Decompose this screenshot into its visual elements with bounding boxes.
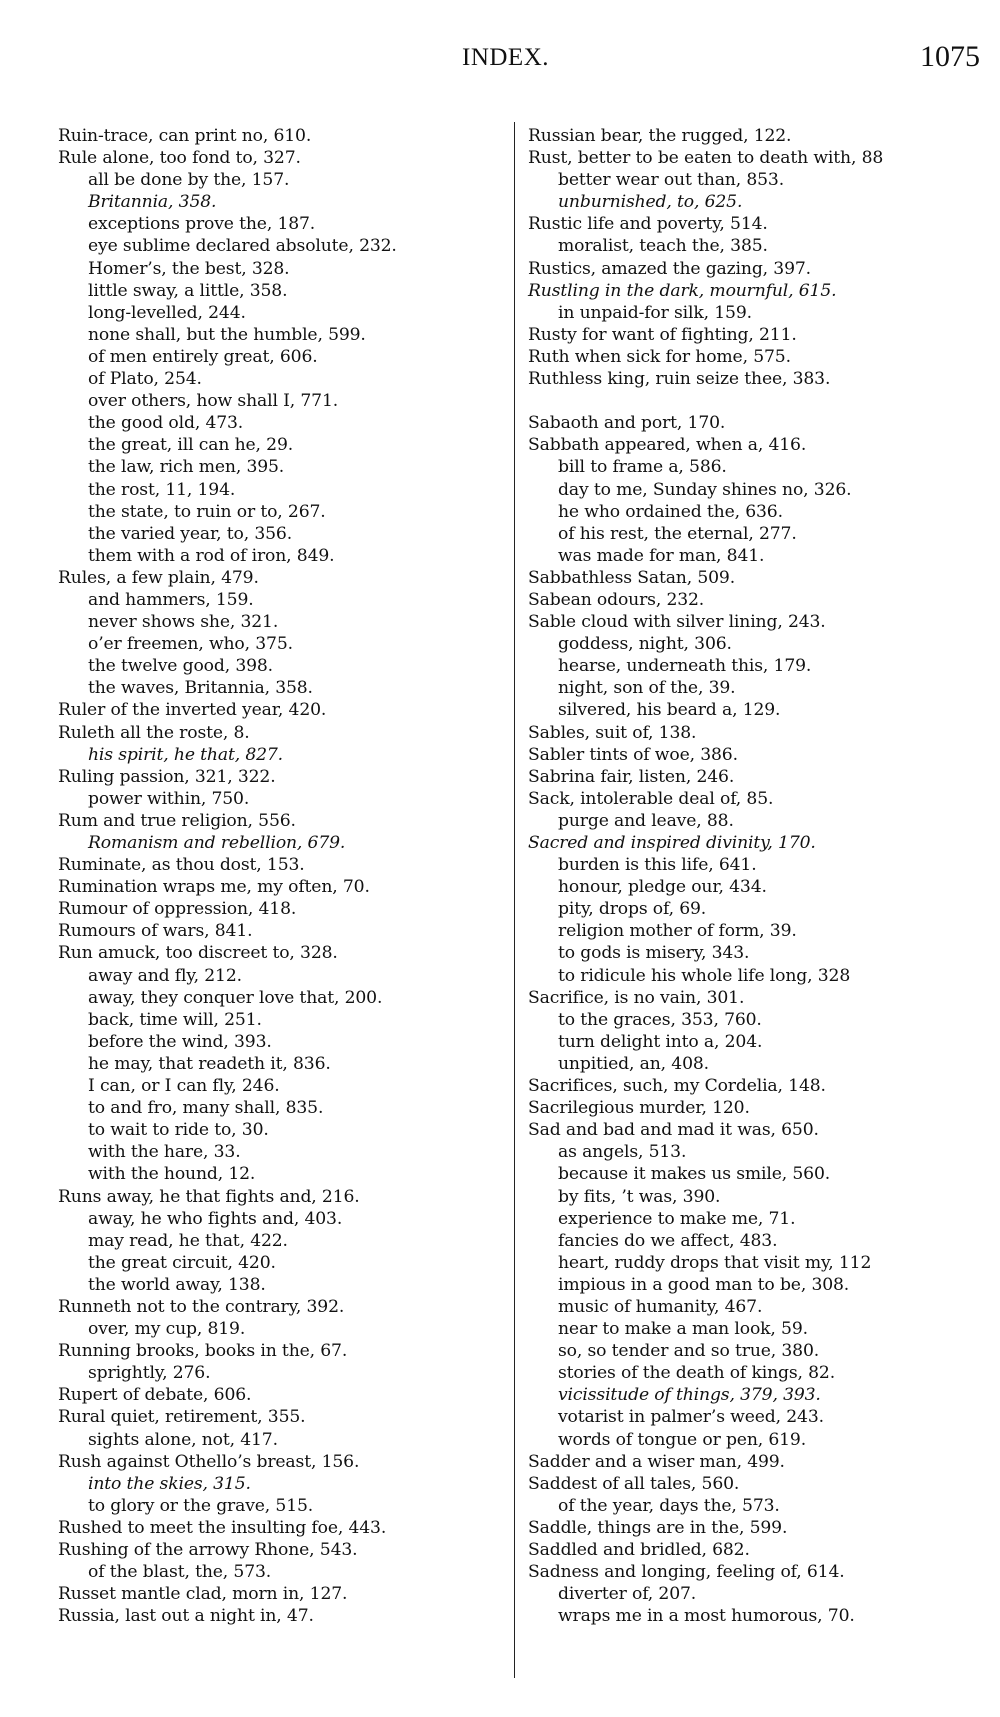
index-entry-text: Rule alone, too fond to, 327. <box>58 148 301 168</box>
index-entry-text: words of tongue or pen, 619. <box>558 1430 806 1450</box>
index-entry: Ruler of the inverted year, 420. <box>58 699 508 721</box>
index-entry-text: purge and leave, 88. <box>558 811 734 831</box>
index-entry-text: as angels, 513. <box>558 1142 686 1162</box>
index-entry-text: Saddle, things are in the, 599. <box>528 1518 787 1538</box>
index-subentry: the great circuit, 420. <box>58 1252 508 1274</box>
index-entry: Run amuck, too discreet to, 328. <box>58 942 508 964</box>
index-entry-text: because it makes us smile, 560. <box>558 1164 830 1184</box>
index-subentry: stories of the death of kings, 82. <box>528 1362 988 1384</box>
index-entry-text: Sabbath appeared, when a, 416. <box>528 435 806 455</box>
index-entry-text: silvered, his beard a, 129. <box>558 700 780 720</box>
index-entry-text: goddess, night, 306. <box>558 634 732 654</box>
index-subentry: little sway, a little, 358. <box>58 280 508 302</box>
index-subentry: of men entirely great, 606. <box>58 346 508 368</box>
index-entry-text: to the graces, 353, 760. <box>558 1010 762 1030</box>
index-entry-text: Sadder and a wiser man, 499. <box>528 1452 785 1472</box>
index-subentry: with the hound, 12. <box>58 1163 508 1185</box>
index-entry-text: Ruin-trace, can print no, 610. <box>58 126 311 146</box>
index-entry-text: Sack, intolerable deal of, 85. <box>528 789 773 809</box>
index-subentry: the good old, 473. <box>58 412 508 434</box>
index-entry: Sacred and inspired divinity, 170. <box>528 832 988 854</box>
index-entry: Sabbath appeared, when a, 416. <box>528 434 988 456</box>
page-header: INDEX. 1075 <box>0 44 1000 84</box>
index-entry-text: Russet mantle clad, morn in, 127. <box>58 1584 347 1604</box>
index-entry: Sacrifices, such, my Cordelia, 148. <box>528 1075 988 1097</box>
index-entry: Sabbathless Satan, 509. <box>528 567 988 589</box>
index-subentry: pity, drops of, 69. <box>528 898 988 920</box>
index-entry: Sadness and longing, feeling of, 614. <box>528 1561 988 1583</box>
index-entry-text: over, my cup, 819. <box>88 1319 245 1339</box>
index-subentry: in unpaid-for silk, 159. <box>528 302 988 324</box>
index-entry-text: Sadness and longing, feeling of, 614. <box>528 1562 845 1582</box>
index-entry-text: the twelve good, 398. <box>88 656 273 676</box>
index-entry-text: votarist in palmer’s weed, 243. <box>558 1407 824 1427</box>
index-entry: Saddle, things are in the, 599. <box>528 1517 988 1539</box>
index-entry-text: the law, rich men, 395. <box>88 457 284 477</box>
index-subentry: unpitied, an, 408. <box>528 1053 988 1075</box>
index-entry-text: Homer’s, the best, 328. <box>88 259 290 279</box>
index-entry: Sacrifice, is no vain, 301. <box>528 987 988 1009</box>
index-subentry: the twelve good, 398. <box>58 655 508 677</box>
index-entry-text: to gods is misery, 343. <box>558 943 749 963</box>
index-subentry: them with a rod of iron, 849. <box>58 545 508 567</box>
index-subentry: goddess, night, 306. <box>528 633 988 655</box>
index-entry-text: Britannia, 358. <box>88 192 216 212</box>
index-subentry: to wait to ride to, 30. <box>58 1119 508 1141</box>
index-subentry: purge and leave, 88. <box>528 810 988 832</box>
index-entry: Sables, suit of, 138. <box>528 722 988 744</box>
index-entry-text: fancies do we affect, 483. <box>558 1231 777 1251</box>
index-entry: Saddest of all tales, 560. <box>528 1473 988 1495</box>
index-entry: Rustics, amazed the gazing, 397. <box>528 258 988 280</box>
index-entry-text: heart, ruddy drops that visit my, 112 <box>558 1253 871 1273</box>
index-entry-text: the waves, Britannia, 358. <box>88 678 313 698</box>
index-entry: Rust, better to be eaten to death with, … <box>528 147 988 169</box>
index-entry-text: Sabbathless Satan, 509. <box>528 568 735 588</box>
index-entry: Running brooks, books in the, 67. <box>58 1340 508 1362</box>
index-subentry: he who ordained the, 636. <box>528 501 988 523</box>
index-subentry: Romanism and rebellion, 679. <box>58 832 508 854</box>
index-entry: Rules, a few plain, 479. <box>58 567 508 589</box>
index-subentry: as angels, 513. <box>528 1141 988 1163</box>
index-entry: Ruth when sick for home, 575. <box>528 346 988 368</box>
index-subentry: the waves, Britannia, 358. <box>58 677 508 699</box>
index-entry-text: the great, ill can he, 29. <box>88 435 293 455</box>
index-entry: Rumour of oppression, 418. <box>58 898 508 920</box>
index-entry-text: little sway, a little, 358. <box>88 281 287 301</box>
index-entry-text: Sad and bad and mad it was, 650. <box>528 1120 819 1140</box>
index-entry-text: Sable cloud with silver lining, 243. <box>528 612 826 632</box>
index-entry-text: Romanism and rebellion, 679. <box>88 833 345 853</box>
index-entry-text: away and fly, 212. <box>88 966 242 986</box>
index-entry: Sabrina fair, listen, 246. <box>528 766 988 788</box>
index-subentry: so, so tender and so true, 380. <box>528 1340 988 1362</box>
index-entry-text: Saddest of all tales, 560. <box>528 1474 739 1494</box>
index-subentry: all be done by the, 157. <box>58 169 508 191</box>
index-entry-text: Russian bear, the rugged, 122. <box>528 126 791 146</box>
index-entry-text: back, time will, 251. <box>88 1010 262 1030</box>
index-subentry: back, time will, 251. <box>58 1009 508 1031</box>
index-subentry: his spirit, he that, 827. <box>58 744 508 766</box>
index-entry-text: of men entirely great, 606. <box>88 347 318 367</box>
index-entry-text: better wear out than, 853. <box>558 170 784 190</box>
index-subentry: away, they conquer love that, 200. <box>58 987 508 1009</box>
index-subentry: I can, or I can fly, 246. <box>58 1075 508 1097</box>
index-entry-text: day to me, Sunday shines no, 326. <box>558 480 851 500</box>
index-entry-text: away, he who fights and, 403. <box>88 1209 342 1229</box>
index-subentry: before the wind, 393. <box>58 1031 508 1053</box>
index-entry-text: Rush against Othello’s breast, 156. <box>58 1452 359 1472</box>
index-subentry: to the graces, 353, 760. <box>528 1009 988 1031</box>
index-entry-text: night, son of the, 39. <box>558 678 735 698</box>
index-entry-text: into the skies, 315. <box>88 1474 251 1494</box>
index-subentry: over, my cup, 819. <box>58 1318 508 1340</box>
index-subentry: near to make a man look, 59. <box>528 1318 988 1340</box>
index-subentry: unburnished, to, 625. <box>528 191 988 213</box>
index-entry-text: Russia, last out a night in, 47. <box>58 1606 314 1626</box>
index-entry-text: Sabean odours, 232. <box>528 590 704 610</box>
index-subentry: better wear out than, 853. <box>528 169 988 191</box>
index-entry-text: Sabler tints of woe, 386. <box>528 745 738 765</box>
index-entry-text: Sables, suit of, 138. <box>528 723 696 743</box>
index-entry-text: Ruth when sick for home, 575. <box>528 347 791 367</box>
index-subentry: to ridicule his whole life long, 328 <box>528 965 988 987</box>
index-entry-text: to ridicule his whole life long, 328 <box>558 966 850 986</box>
index-entry-text: of Plato, 254. <box>88 369 202 389</box>
index-entry-text: away, they conquer love that, 200. <box>88 988 382 1008</box>
index-entry: Rush against Othello’s breast, 156. <box>58 1451 508 1473</box>
index-subentry: religion mother of form, 39. <box>528 920 988 942</box>
index-entry-text: Sacrifices, such, my Cordelia, 148. <box>528 1076 826 1096</box>
index-subentry: sights alone, not, 417. <box>58 1429 508 1451</box>
index-subentry: by fits, ’t was, 390. <box>528 1186 988 1208</box>
index-subentry: never shows she, 321. <box>58 611 508 633</box>
index-entry-text: sprightly, 276. <box>88 1363 210 1383</box>
index-entry-text: turn delight into a, 204. <box>558 1032 762 1052</box>
index-subentry: burden is this life, 641. <box>528 854 988 876</box>
index-entry: Sabler tints of woe, 386. <box>528 744 988 766</box>
index-entry-text: he may, that readeth it, 836. <box>88 1054 331 1074</box>
index-entry: Rushed to meet the insulting foe, 443. <box>58 1517 508 1539</box>
index-entry-text: the rost, 11, 194. <box>88 480 235 500</box>
index-entry: Rustic life and poverty, 514. <box>528 213 988 235</box>
index-subentry: of the year, days the, 573. <box>528 1495 988 1517</box>
index-entry-text: was made for man, 841. <box>558 546 764 566</box>
index-entry-text: near to make a man look, 59. <box>558 1319 808 1339</box>
index-subentry: music of humanity, 467. <box>528 1296 988 1318</box>
index-entry-text: honour, pledge our, 434. <box>558 877 767 897</box>
index-entry-text: exceptions prove the, 187. <box>88 214 315 234</box>
index-entry: Sad and bad and mad it was, 650. <box>528 1119 988 1141</box>
index-entry-text: burden is this life, 641. <box>558 855 757 875</box>
index-entry: Ruleth all the roste, 8. <box>58 722 508 744</box>
index-entry-text: sights alone, not, 417. <box>88 1430 278 1450</box>
index-entry-text: wraps me in a most humorous, 70. <box>558 1606 855 1626</box>
index-entry-text: eye sublime declared absolute, 232. <box>88 236 397 256</box>
index-entry: Rupert of debate, 606. <box>58 1384 508 1406</box>
index-entry-text: of his rest, the eternal, 277. <box>558 524 797 544</box>
index-column-left: Ruin-trace, can print no, 610.Rule alone… <box>58 125 508 1627</box>
index-entry: Runs away, he that fights and, 216. <box>58 1186 508 1208</box>
index-subentry: votarist in palmer’s weed, 243. <box>528 1406 988 1428</box>
index-entry-text: Ruthless king, ruin seize thee, 383. <box>528 369 830 389</box>
index-entry: Ruthless king, ruin seize thee, 383. <box>528 368 988 390</box>
index-entry-text: with the hound, 12. <box>88 1164 255 1184</box>
index-entry-text: hearse, underneath this, 179. <box>558 656 811 676</box>
index-entry-text: experience to make me, 71. <box>558 1209 795 1229</box>
index-entry-text: unpitied, an, 408. <box>558 1054 709 1074</box>
index-entry-text: never shows she, 321. <box>88 612 278 632</box>
section-gap <box>528 390 988 412</box>
index-entry: Sable cloud with silver lining, 243. <box>528 611 988 633</box>
index-entry-text: Ruling passion, 321, 322. <box>58 767 276 787</box>
index-subentry: fancies do we affect, 483. <box>528 1230 988 1252</box>
index-subentry: may read, he that, 422. <box>58 1230 508 1252</box>
index-subentry: sprightly, 276. <box>58 1362 508 1384</box>
index-entry: Rumination wraps me, my often, 70. <box>58 876 508 898</box>
index-entry-text: Saddled and bridled, 682. <box>528 1540 750 1560</box>
index-entry-text: in unpaid-for silk, 159. <box>558 303 752 323</box>
index-entry-text: of the blast, the, 573. <box>88 1562 271 1582</box>
index-entry-text: Runs away, he that fights and, 216. <box>58 1187 360 1207</box>
index-subentry: heart, ruddy drops that visit my, 112 <box>528 1252 988 1274</box>
index-entry-text: Rushing of the arrowy Rhone, 543. <box>58 1540 357 1560</box>
index-entry: Sadder and a wiser man, 499. <box>528 1451 988 1473</box>
index-entry-text: Ruler of the inverted year, 420. <box>58 700 326 720</box>
index-entry-text: Rum and true religion, 556. <box>58 811 296 831</box>
index-entry: Rusty for want of fighting, 211. <box>528 324 988 346</box>
index-entry-text: impious in a good man to be, 308. <box>558 1275 849 1295</box>
index-subentry: power within, 750. <box>58 788 508 810</box>
index-entry: Saddled and bridled, 682. <box>528 1539 988 1561</box>
index-entry: Rural quiet, retirement, 355. <box>58 1406 508 1428</box>
index-entry-text: his spirit, he that, 827. <box>88 745 283 765</box>
index-entry-text: Run amuck, too discreet to, 328. <box>58 943 338 963</box>
index-entry-text: Rumours of wars, 841. <box>58 921 252 941</box>
index-entry-text: to and fro, many shall, 835. <box>88 1098 323 1118</box>
index-entry-text: the varied year, to, 356. <box>88 524 292 544</box>
index-entry-text: all be done by the, 157. <box>88 170 289 190</box>
index-entry-text: to wait to ride to, 30. <box>88 1120 269 1140</box>
index-subentry: long-levelled, 244. <box>58 302 508 324</box>
index-entry-text: Sabaoth and port, 170. <box>528 413 725 433</box>
index-entry-text: moralist, teach the, 385. <box>558 236 768 256</box>
index-subentry: wraps me in a most humorous, 70. <box>528 1605 988 1627</box>
index-entry-text: Sacrifice, is no vain, 301. <box>528 988 744 1008</box>
index-subentry: was made for man, 841. <box>528 545 988 567</box>
index-entry-text: Rumour of oppression, 418. <box>58 899 296 919</box>
index-entry-text: religion mother of form, 39. <box>558 921 797 941</box>
index-entry-text: by fits, ’t was, 390. <box>558 1187 720 1207</box>
index-subentry: honour, pledge our, 434. <box>528 876 988 898</box>
index-subentry: bill to frame a, 586. <box>528 456 988 478</box>
index-entry-text: Rusty for want of fighting, 211. <box>528 325 797 345</box>
index-subentry: exceptions prove the, 187. <box>58 213 508 235</box>
index-entry-text: Rules, a few plain, 479. <box>58 568 259 588</box>
index-subentry: the varied year, to, 356. <box>58 523 508 545</box>
index-subentry: over others, how shall I, 771. <box>58 390 508 412</box>
index-subentry: none shall, but the humble, 599. <box>58 324 508 346</box>
index-entry: Ruling passion, 321, 322. <box>58 766 508 788</box>
index-subentry: and hammers, 159. <box>58 589 508 611</box>
index-entry-text: Rupert of debate, 606. <box>58 1385 251 1405</box>
index-subentry: moralist, teach the, 385. <box>528 235 988 257</box>
index-entry-text: and hammers, 159. <box>88 590 254 610</box>
index-subentry: he may, that readeth it, 836. <box>58 1053 508 1075</box>
index-entry-text: Ruleth all the roste, 8. <box>58 723 250 743</box>
index-entry-text: the world away, 138. <box>88 1275 266 1295</box>
index-entry-text: the state, to ruin or to, 267. <box>88 502 326 522</box>
index-entry-text: the good old, 473. <box>88 413 243 433</box>
page-title: INDEX. <box>462 44 549 72</box>
index-entry: Runneth not to the contrary, 392. <box>58 1296 508 1318</box>
index-entry-text: Running brooks, books in the, 67. <box>58 1341 347 1361</box>
index-subentry: silvered, his beard a, 129. <box>528 699 988 721</box>
index-entry: Rushing of the arrowy Rhone, 543. <box>58 1539 508 1561</box>
index-subentry: of his rest, the eternal, 277. <box>528 523 988 545</box>
index-entry: Sack, intolerable deal of, 85. <box>528 788 988 810</box>
index-subentry: the state, to ruin or to, 267. <box>58 501 508 523</box>
index-entry: Rule alone, too fond to, 327. <box>58 147 508 169</box>
index-entry-text: stories of the death of kings, 82. <box>558 1363 835 1383</box>
index-subentry: to glory or the grave, 515. <box>58 1495 508 1517</box>
index-entry: Russian bear, the rugged, 122. <box>528 125 988 147</box>
index-entry-text: pity, drops of, 69. <box>558 899 706 919</box>
index-entry-text: o’er freemen, who, 375. <box>88 634 293 654</box>
index-subentry: night, son of the, 39. <box>528 677 988 699</box>
index-entry: Sacrilegious murder, 120. <box>528 1097 988 1119</box>
index-subentry: to gods is misery, 343. <box>528 942 988 964</box>
index-entry: Ruminate, as thou dost, 153. <box>58 854 508 876</box>
index-entry-text: Rustling in the dark, mournful, 615. <box>528 281 836 301</box>
index-entry-text: with the hare, 33. <box>88 1142 241 1162</box>
index-subentry: diverter of, 207. <box>528 1583 988 1605</box>
index-entry-text: Sacrilegious murder, 120. <box>528 1098 750 1118</box>
index-entry: Russia, last out a night in, 47. <box>58 1605 508 1627</box>
index-entry-text: Rumination wraps me, my often, 70. <box>58 877 370 897</box>
page-number: 1075 <box>920 40 980 74</box>
index-entry: Sabaoth and port, 170. <box>528 412 988 434</box>
index-entry-text: vicissitude of things, 379, 393. <box>558 1385 821 1405</box>
index-entry-text: long-levelled, 244. <box>88 303 246 323</box>
index-subentry: to and fro, many shall, 835. <box>58 1097 508 1119</box>
index-entry-text: Rushed to meet the insulting foe, 443. <box>58 1518 386 1538</box>
index-subentry: the great, ill can he, 29. <box>58 434 508 456</box>
index-subentry: turn delight into a, 204. <box>528 1031 988 1053</box>
index-subentry: because it makes us smile, 560. <box>528 1163 988 1185</box>
index-entry-text: Rust, better to be eaten to death with, … <box>528 148 883 168</box>
index-subentry: away, he who fights and, 403. <box>58 1208 508 1230</box>
index-entry-text: I can, or I can fly, 246. <box>88 1076 280 1096</box>
index-entry: Sabean odours, 232. <box>528 589 988 611</box>
index-entry-text: of the year, days the, 573. <box>558 1496 780 1516</box>
index-subentry: eye sublime declared absolute, 232. <box>58 235 508 257</box>
index-column-right: Russian bear, the rugged, 122.Rust, bett… <box>528 125 988 1627</box>
index-entry-text: Sacred and inspired divinity, 170. <box>528 833 816 853</box>
index-entry-text: bill to frame a, 586. <box>558 457 727 477</box>
index-subentry: the rost, 11, 194. <box>58 479 508 501</box>
column-divider <box>514 122 515 1678</box>
index-subentry: the law, rich men, 395. <box>58 456 508 478</box>
index-entry: Rumours of wars, 841. <box>58 920 508 942</box>
index-entry: Russet mantle clad, morn in, 127. <box>58 1583 508 1605</box>
index-subentry: words of tongue or pen, 619. <box>528 1429 988 1451</box>
index-entry: Ruin-trace, can print no, 610. <box>58 125 508 147</box>
index-entry-text: the great circuit, 420. <box>88 1253 276 1273</box>
index-subentry: of Plato, 254. <box>58 368 508 390</box>
index-subentry: away and fly, 212. <box>58 965 508 987</box>
index-subentry: vicissitude of things, 379, 393. <box>528 1384 988 1406</box>
index-entry-text: diverter of, 207. <box>558 1584 696 1604</box>
index-subentry: into the skies, 315. <box>58 1473 508 1495</box>
index-subentry: impious in a good man to be, 308. <box>528 1274 988 1296</box>
index-entry-text: so, so tender and so true, 380. <box>558 1341 819 1361</box>
index-entry-text: them with a rod of iron, 849. <box>88 546 334 566</box>
index-entry-text: Sabrina fair, listen, 246. <box>528 767 734 787</box>
index-entry-text: music of humanity, 467. <box>558 1297 762 1317</box>
index-entry-text: Rural quiet, retirement, 355. <box>58 1407 305 1427</box>
index-subentry: o’er freemen, who, 375. <box>58 633 508 655</box>
index-entry-text: unburnished, to, 625. <box>558 192 742 212</box>
index-entry-text: Runneth not to the contrary, 392. <box>58 1297 344 1317</box>
index-subentry: of the blast, the, 573. <box>58 1561 508 1583</box>
index-subentry: experience to make me, 71. <box>528 1208 988 1230</box>
index-entry-text: power within, 750. <box>88 789 249 809</box>
index-entry-text: Rustics, amazed the gazing, 397. <box>528 259 811 279</box>
index-entry: Rustling in the dark, mournful, 615. <box>528 280 988 302</box>
index-entry-text: over others, how shall I, 771. <box>88 391 338 411</box>
index-entry-text: Ruminate, as thou dost, 153. <box>58 855 305 875</box>
index-subentry: day to me, Sunday shines no, 326. <box>528 479 988 501</box>
index-entry-text: may read, he that, 422. <box>88 1231 288 1251</box>
index-entry: Rum and true religion, 556. <box>58 810 508 832</box>
index-entry-text: before the wind, 393. <box>88 1032 272 1052</box>
index-subentry: the world away, 138. <box>58 1274 508 1296</box>
index-subentry: hearse, underneath this, 179. <box>528 655 988 677</box>
index-entry-text: he who ordained the, 636. <box>558 502 783 522</box>
index-entry-text: Rustic life and poverty, 514. <box>528 214 768 234</box>
index-entry-text: to glory or the grave, 515. <box>88 1496 313 1516</box>
index-subentry: with the hare, 33. <box>58 1141 508 1163</box>
index-subentry: Britannia, 358. <box>58 191 508 213</box>
index-entry-text: none shall, but the humble, 599. <box>88 325 366 345</box>
index-subentry: Homer’s, the best, 328. <box>58 258 508 280</box>
